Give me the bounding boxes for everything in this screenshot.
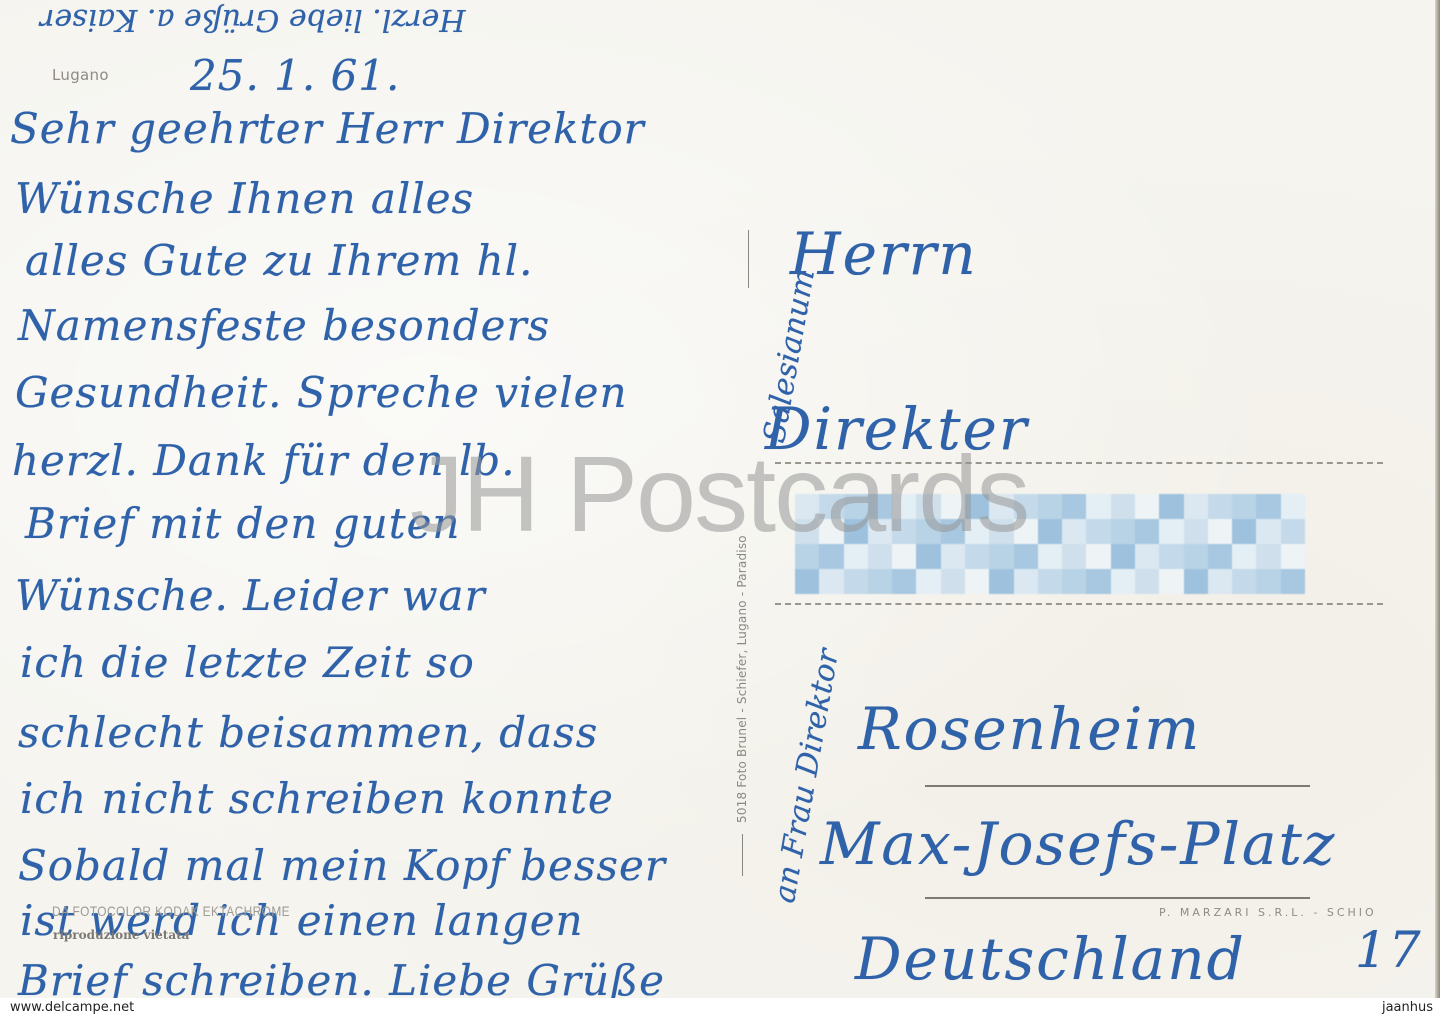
center-divider-top (748, 230, 749, 288)
postcard-back: Herzl. liebe Grüße a. Kaiser Lugano 25. … (0, 0, 1440, 998)
address-country: Deutschland (855, 930, 1246, 988)
printer-credit: P. MARZARI S.R.L. - SCHIO (1159, 906, 1377, 919)
message-line: Wünsche. Leider war (15, 575, 486, 617)
footer-strip (0, 998, 1445, 1017)
message-line: Brief schreiben. Liebe Grüße (18, 960, 665, 998)
message-line: ich nicht schreiben konnte (20, 778, 614, 820)
message-line: schlecht beisammen, dass (18, 712, 598, 754)
message-line: Brief mit den guten (25, 503, 460, 545)
address-city: Rosenheim (858, 700, 1201, 758)
message-line: Sehr geehrter Herr Direktor (10, 108, 645, 150)
address-line-2 (775, 603, 1383, 605)
printed-place-name: Lugano (52, 66, 109, 84)
center-divider-bottom (742, 834, 743, 876)
message-line: Wünsche Ihnen alles (15, 178, 474, 220)
address-line-4 (925, 897, 1310, 899)
address-line-3 (925, 785, 1310, 787)
photo-credit: 5018 Foto Brunel - Schiefer, Lugano - Pa… (735, 535, 749, 823)
message-date: 25. 1. 61. (190, 55, 400, 97)
address-house-number: 17 (1355, 925, 1423, 975)
message-line: Gesundheit. Spreche vielen (15, 372, 628, 414)
address-salutation: Herrn (790, 225, 978, 283)
film-note: DA FOTOCOLOR KODAK EKTACHROME (52, 903, 290, 919)
card-edge (1435, 0, 1440, 998)
message-line: Sobald mal mein Kopf besser (18, 845, 666, 887)
watermark: JH Postcards (410, 440, 1028, 548)
message-line: alles Gute zu Ihrem hl. (25, 240, 533, 282)
address-street: Max-Josefs-Platz (820, 815, 1336, 873)
seller-name: jaanhus (1382, 1000, 1433, 1015)
reproduction-note: riproduzione vietata (53, 928, 189, 942)
message-line: Namensfeste besonders (18, 305, 550, 347)
inverted-greeting: Herzl. liebe Grüße a. Kaiser (40, 4, 465, 34)
source-site-label: www.delcampe.net (10, 1000, 134, 1015)
message-line: ich die letzte Zeit so (20, 642, 475, 684)
